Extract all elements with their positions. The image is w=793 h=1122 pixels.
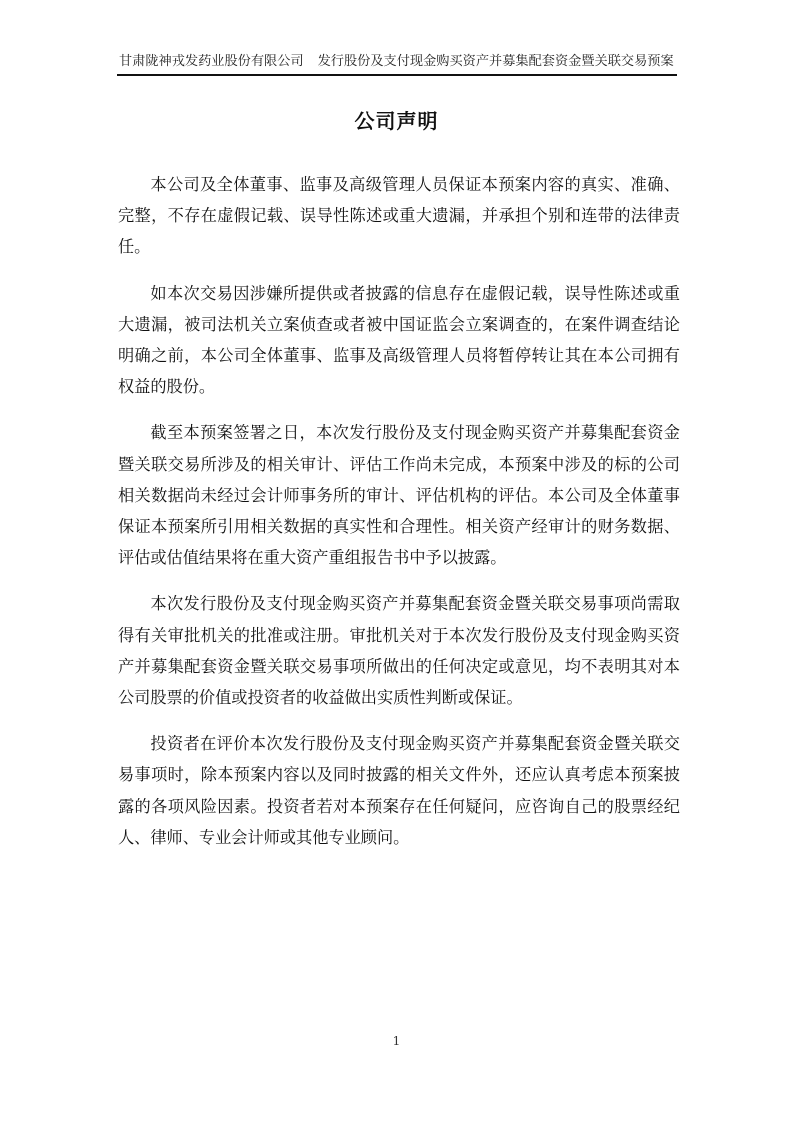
page-header: 甘肃陇神戎发药业股份有限公司发行股份及支付现金购买资产并募集配套资金暨关联交易预… [117,52,677,76]
paragraph-accuracy-guarantee: 本公司及全体董事、监事及高级管理人员保证本预案内容的真实、准确、完整，不存在虚假… [118,169,680,263]
header-document-title: 发行股份及支付现金购买资产并募集配套资金暨关联交易预案 [318,54,674,69]
paragraph-investor-notice: 投资者在评价本次发行股份及支付现金购买资产并募集配套资金暨关联交易事项时，除本预… [118,728,680,853]
page-number: 1 [0,1034,793,1048]
paragraph-audit-status: 截至本预案签署之日，本次发行股份及支付现金购买资产并募集配套资金暨关联交易所涉及… [118,417,680,573]
page-title: 公司声明 [0,106,793,136]
paragraph-share-transfer-suspension: 如本次交易因涉嫌所提供或者披露的信息存在虚假记载，误导性陈述或重大遗漏，被司法机… [118,278,680,403]
paragraph-approval-required: 本次发行股份及支付现金购买资产并募集配套资金暨关联交易事项尚需取得有关审批机关的… [118,588,680,713]
header-company-name: 甘肃陇神戎发药业股份有限公司 [119,54,304,69]
declaration-body: 本公司及全体董事、监事及高级管理人员保证本预案内容的真实、准确、完整，不存在虚假… [118,169,680,868]
